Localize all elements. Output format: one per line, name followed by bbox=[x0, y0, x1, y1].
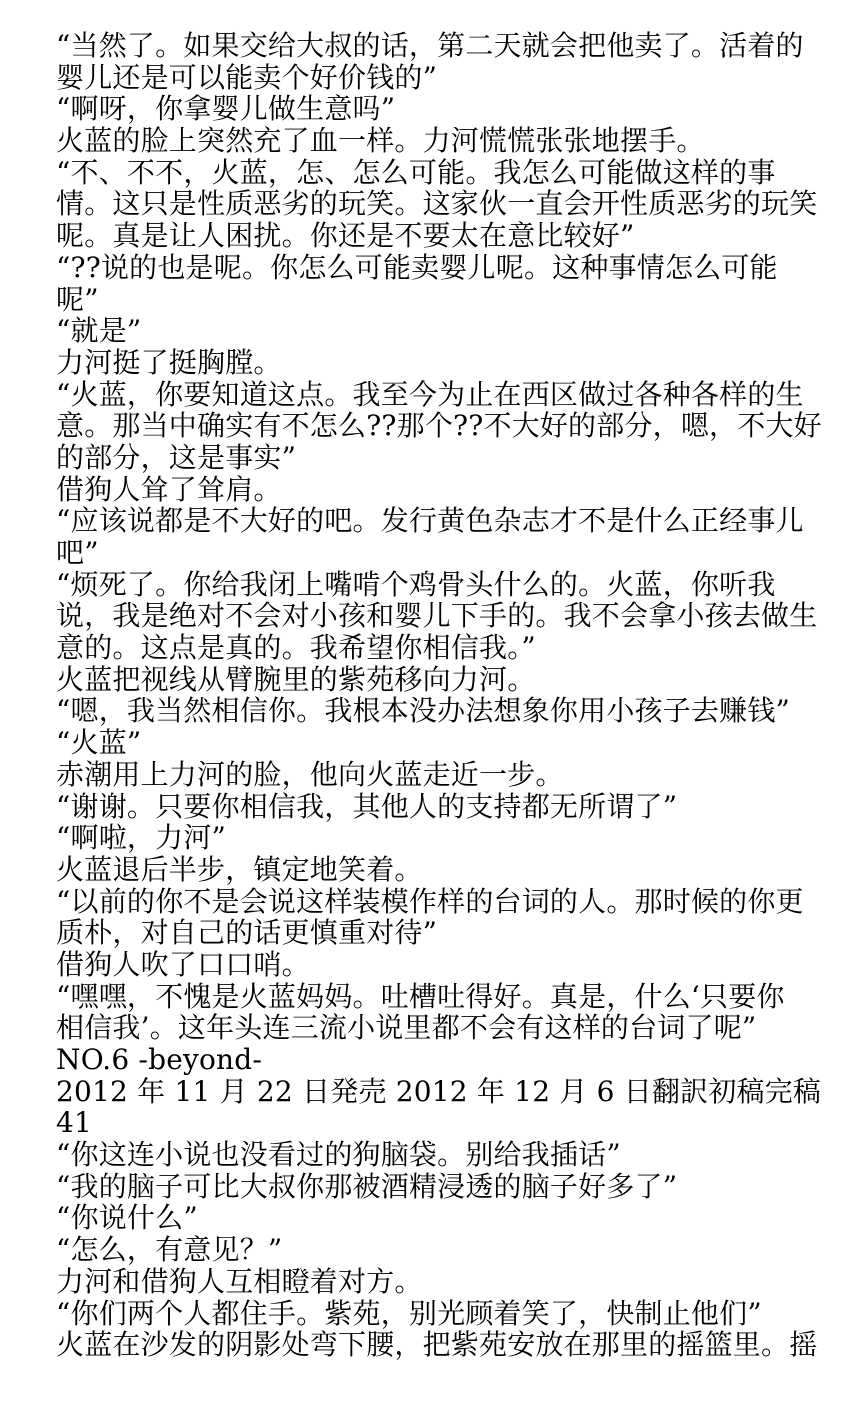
text-line: 2012 年 11 月 22 日発売 2012 年 12 月 6 日翻訳初稿完稿 bbox=[56, 1076, 831, 1108]
text-line: “火蓝，你要知道这点。我至今为止在西区做过各种各样的生 bbox=[56, 379, 831, 411]
text-line: “啊啦，力河” bbox=[56, 822, 831, 854]
text-line: “嗯，我当然相信你。我根本没办法想象你用小孩子去赚钱” bbox=[56, 695, 831, 727]
text-line: 借狗人耸了耸肩。 bbox=[56, 474, 831, 506]
text-line: 赤潮用上力河的脸，他向火蓝走近一步。 bbox=[56, 759, 831, 791]
text-line: 相信我’。这年头连三流小说里都不会有这样的台词了呢” bbox=[56, 1012, 831, 1044]
text-line: 吧” bbox=[56, 537, 831, 569]
text-line: 火蓝把视线从臂腕里的紫苑移向力河。 bbox=[56, 664, 831, 696]
text-line: 质朴，对自己的话更慎重对待” bbox=[56, 917, 831, 949]
text-line: 火蓝在沙发的阴影处弯下腰，把紫苑安放在那里的摇篮里。摇 bbox=[56, 1329, 831, 1361]
text-line: 意的。这点是真的。我希望你相信我。” bbox=[56, 632, 831, 664]
text-line: 说，我是绝对不会对小孩和婴儿下手的。我不会拿小孩去做生 bbox=[56, 600, 831, 632]
text-line: “谢谢。只要你相信我，其他人的支持都无所谓了” bbox=[56, 791, 831, 823]
text-line: “嘿嘿，不愧是火蓝妈妈。吐槽吐得好。真是，什么‘只要你 bbox=[56, 981, 831, 1013]
text-line: 呢” bbox=[56, 284, 831, 316]
text-line: 情。这只是性质恶劣的玩笑。这家伙一直会开性质恶劣的玩笑 bbox=[56, 188, 831, 220]
text-line: “以前的你不是会说这样装模作样的台词的人。那时候的你更 bbox=[56, 886, 831, 918]
text-line: 力河挺了挺胸膛。 bbox=[56, 347, 831, 379]
text-line: 火蓝退后半步，镇定地笑着。 bbox=[56, 854, 831, 886]
text-line: 的部分，这是事实” bbox=[56, 442, 831, 474]
text-line: 火蓝的脸上突然充了血一样。力河慌慌张张地摆手。 bbox=[56, 125, 831, 157]
text-container: “当然了。如果交给大叔的话，第二天就会把他卖了。活着的婴儿还是可以能卖个好价钱的… bbox=[56, 30, 831, 1361]
text-line: “你这连小说也没看过的狗脑袋。别给我插话” bbox=[56, 1139, 831, 1171]
text-line: 力河和借狗人互相瞪着对方。 bbox=[56, 1266, 831, 1298]
text-line: “??说的也是呢。你怎么可能卖婴儿呢。这种事情怎么可能 bbox=[56, 252, 831, 284]
text-line: “你们两个人都住手。紫苑，别光顾着笑了，快制止他们” bbox=[56, 1298, 831, 1330]
text-line: 借狗人吹了口口哨。 bbox=[56, 949, 831, 981]
text-line: “就是” bbox=[56, 315, 831, 347]
text-line: 婴儿还是可以能卖个好价钱的” bbox=[56, 62, 831, 94]
text-line: “啊呀，你拿婴儿做生意吗” bbox=[56, 93, 831, 125]
text-line: “应该说都是不大好的吧。发行黄色杂志才不是什么正经事儿 bbox=[56, 505, 831, 537]
text-line: 41 bbox=[56, 1107, 831, 1139]
novel-text-page: “当然了。如果交给大叔的话，第二天就会把他卖了。活着的婴儿还是可以能卖个好价钱的… bbox=[0, 0, 851, 1401]
text-line: 呢。真是让人困扰。你还是不要太在意比较好” bbox=[56, 220, 831, 252]
text-line: 意。那当中确实有不怎么??那个??不大好的部分，嗯，不大好 bbox=[56, 410, 831, 442]
text-line: “你说什么” bbox=[56, 1202, 831, 1234]
text-line: “火蓝” bbox=[56, 727, 831, 759]
text-line: “我的脑子可比大叔你那被酒精浸透的脑子好多了” bbox=[56, 1171, 831, 1203]
text-line: “怎么，有意见？” bbox=[56, 1234, 831, 1266]
text-line: “不、不不，火蓝，怎、怎么可能。我怎么可能做这样的事 bbox=[56, 157, 831, 189]
text-line: NO.6 -beyond- bbox=[56, 1044, 831, 1076]
text-line: “当然了。如果交给大叔的话，第二天就会把他卖了。活着的 bbox=[56, 30, 831, 62]
text-line: “烦死了。你给我闭上嘴啃个鸡骨头什么的。火蓝，你听我 bbox=[56, 569, 831, 601]
